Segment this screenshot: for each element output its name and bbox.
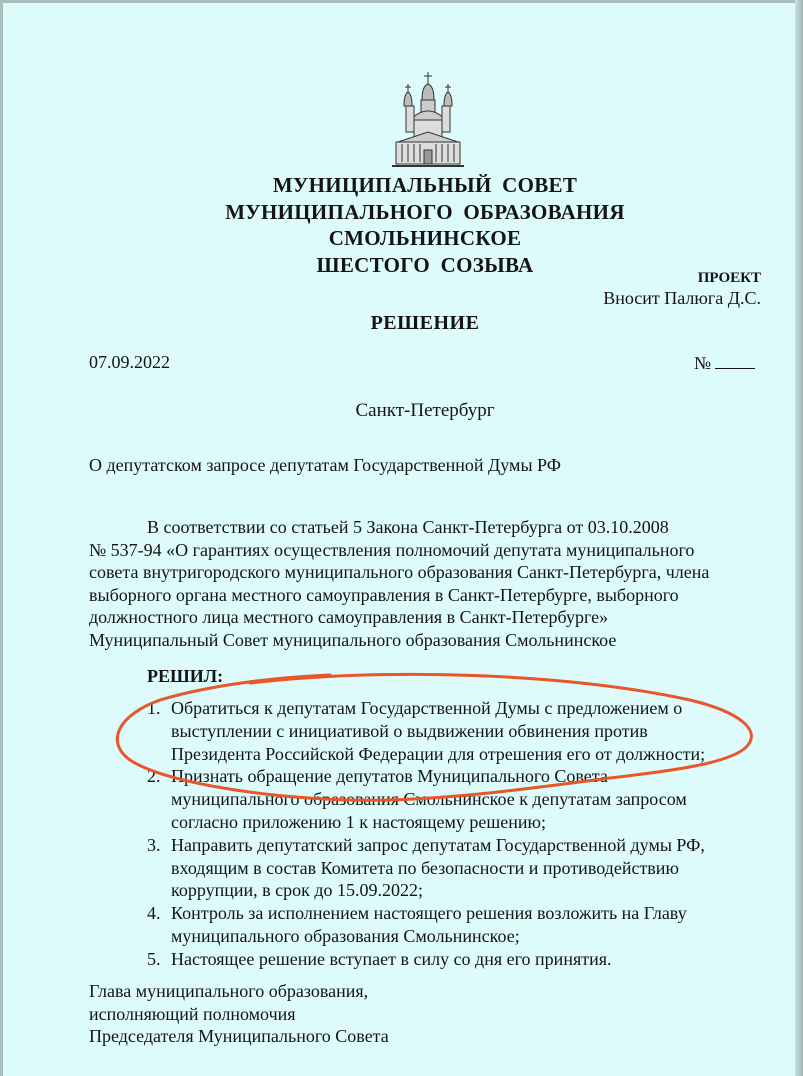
item-number: 3. [147,834,171,902]
signature-line: исполняющий полномочия [89,1003,389,1026]
page-edge-right [795,0,803,1076]
council-line: МУНИЦИПАЛЬНОГО ОБРАЗОВАНИЯ [0,199,803,226]
item-number: 5. [147,948,171,971]
council-line: МУНИЦИПАЛЬНЫЙ СОВЕТ [0,172,803,199]
signature-line: Председателя Муниципального Совета [89,1025,389,1048]
item-number: 1. [147,697,171,765]
item-text: Обратиться к депутатам Государственной Д… [171,697,705,765]
preamble-line: № 537-94 «О гарантиях осуществления полн… [89,539,749,562]
submitted-by: Вносит Палюга Д.С. [603,288,761,309]
council-line: ШЕСТОГО СОЗЫВА [0,252,803,279]
item-text: Признать обращение депутатов Муниципальн… [171,765,687,833]
document-subject: О депутатском запросе депутатам Государс… [89,455,561,476]
page-edge-top [0,0,803,3]
council-line: СМОЛЬНИНСКОЕ [0,225,803,252]
resolution-items: 1. Обратиться к депутатам Государственно… [147,697,767,971]
item-number: 4. [147,902,171,948]
resolution-item: 4. Контроль за исполнением настоящего ре… [147,902,767,948]
preamble-line: совета внутригородского муниципального о… [89,561,749,584]
resolution-item: 1. Обратиться к депутатам Государственно… [147,697,767,765]
preamble: В соответствии со статьей 5 Закона Санкт… [89,516,749,651]
project-label: ПРОЕКТ [698,270,761,287]
page-edge-left [0,0,3,1076]
preamble-line: должностного лица местного самоуправлени… [89,606,749,629]
preamble-line: В соответствии со статьей 5 Закона Санкт… [89,516,749,539]
document-number: № [694,352,755,374]
preamble-line: Муниципальный Совет муниципального образ… [89,629,749,652]
city: Санкт-Петербург [0,400,803,422]
resolution-item: 2. Признать обращение депутатов Муниципа… [147,765,767,833]
document-date: 07.09.2022 [89,352,170,373]
resolved-label: РЕШИЛ: [147,666,223,687]
signature-line: Глава муниципального образования, [89,980,389,1003]
preamble-line: выборного органа местного самоуправления… [89,584,749,607]
item-text: Направить депутатский запрос депутатам Г… [171,834,705,902]
document-title: РЕШЕНИЕ [0,312,803,335]
council-header: МУНИЦИПАЛЬНЫЙ СОВЕТ МУНИЦИПАЛЬНОГО ОБРАЗ… [0,172,803,278]
item-text: Настоящее решение вступает в силу со дня… [171,948,612,971]
number-label: № [694,353,711,373]
cathedral-emblem-icon [388,70,468,170]
resolution-item: 3. Направить депутатский запрос депутата… [147,834,767,902]
item-text: Контроль за исполнением настоящего решен… [171,902,687,948]
number-blank [715,352,755,369]
signature-block: Глава муниципального образования, исполн… [89,980,389,1048]
resolution-item: 5. Настоящее решение вступает в силу со … [147,948,767,971]
item-number: 2. [147,765,171,833]
